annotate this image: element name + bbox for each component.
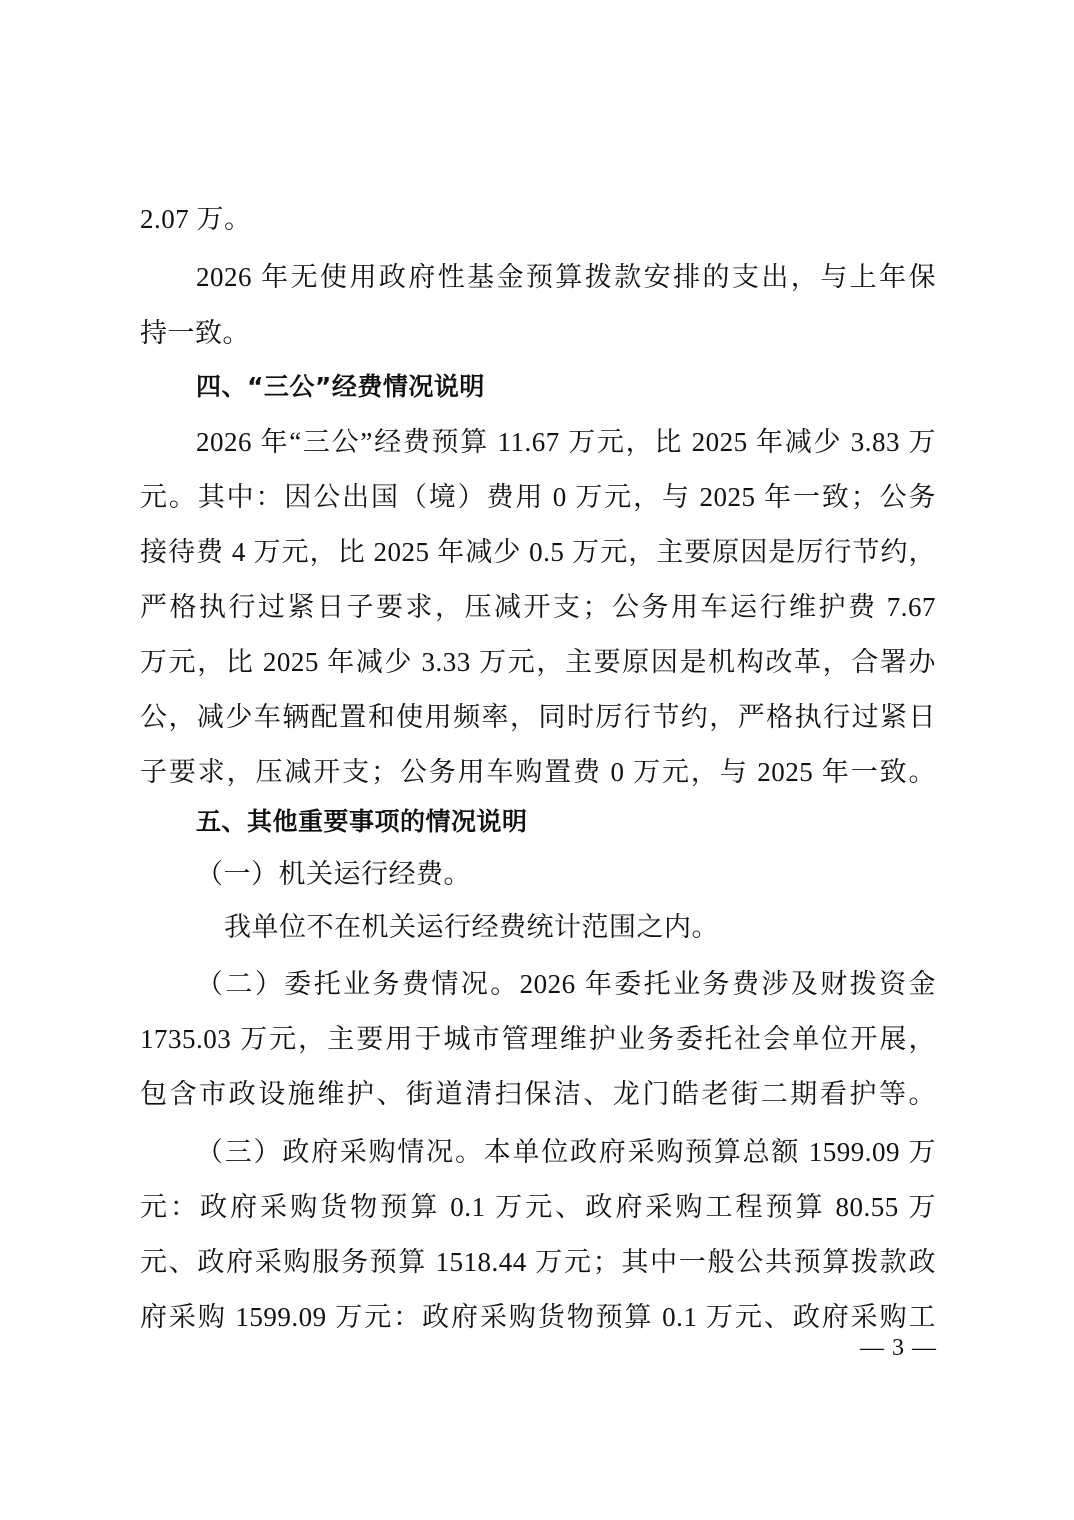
paragraph-line: 1735.03 万元，主要用于城市管理维护业务委托社会单位开展， bbox=[140, 1022, 936, 1056]
paragraph-line: 持一致。 bbox=[140, 316, 936, 350]
paragraph-line: （一）机关运行经费。 bbox=[196, 857, 936, 891]
paragraph-line: 接待费 4 万元，比 2025 年减少 0.5 万元，主要原因是厉行节约， bbox=[140, 535, 936, 569]
paragraph-line: 严格执行过紧日子要求，压减开支；公务用车运行维护费 7.67 bbox=[140, 590, 936, 624]
paragraph-line: 万元，比 2025 年减少 3.33 万元，主要原因是机构改革，合署办 bbox=[140, 645, 936, 679]
paragraph-line: （三）政府采购情况。本单位政府采购预算总额 1599.09 万 bbox=[196, 1135, 936, 1169]
paragraph-line: 公，减少车辆配置和使用频率，同时厉行节约，严格执行过紧日 bbox=[140, 700, 936, 734]
paragraph-line: 我单位不在机关运行经费统计范围之内。 bbox=[224, 910, 936, 944]
paragraph-line: 元、政府采购服务预算 1518.44 万元；其中一般公共预算拨款政 bbox=[140, 1245, 936, 1279]
paragraph-line: 包含市政设施维护、街道清扫保洁、龙门皓老街二期看护等。 bbox=[140, 1077, 936, 1111]
document-page: 2.07 万。2026 年无使用政府性基金预算拨款安排的支出，与上年保持一致。四… bbox=[0, 0, 1074, 1520]
section-heading: 四、“三公”经费情况说明 bbox=[196, 370, 936, 404]
paragraph-line: （二）委托业务费情况。2026 年委托业务费涉及财拨资金 bbox=[196, 967, 936, 1001]
paragraph-line: 2026 年“三公”经费预算 11.67 万元，比 2025 年减少 3.83 … bbox=[196, 425, 936, 459]
paragraph-line: 元：政府采购货物预算 0.1 万元、政府采购工程预算 80.55 万 bbox=[140, 1190, 936, 1224]
paragraph-line: 2.07 万。 bbox=[140, 202, 936, 236]
paragraph-line: 2026 年无使用政府性基金预算拨款安排的支出，与上年保 bbox=[196, 260, 936, 294]
paragraph-line: 子要求，压减开支；公务用车购置费 0 万元，与 2025 年一致。 bbox=[140, 755, 936, 789]
paragraph-line: 府采购 1599.09 万元：政府采购货物预算 0.1 万元、政府采购工 bbox=[140, 1300, 936, 1334]
page-number: — 3 — bbox=[860, 1333, 937, 1363]
paragraph-line: 元。其中：因公出国（境）费用 0 万元，与 2025 年一致；公务 bbox=[140, 480, 936, 514]
section-heading: 五、其他重要事项的情况说明 bbox=[196, 805, 936, 839]
